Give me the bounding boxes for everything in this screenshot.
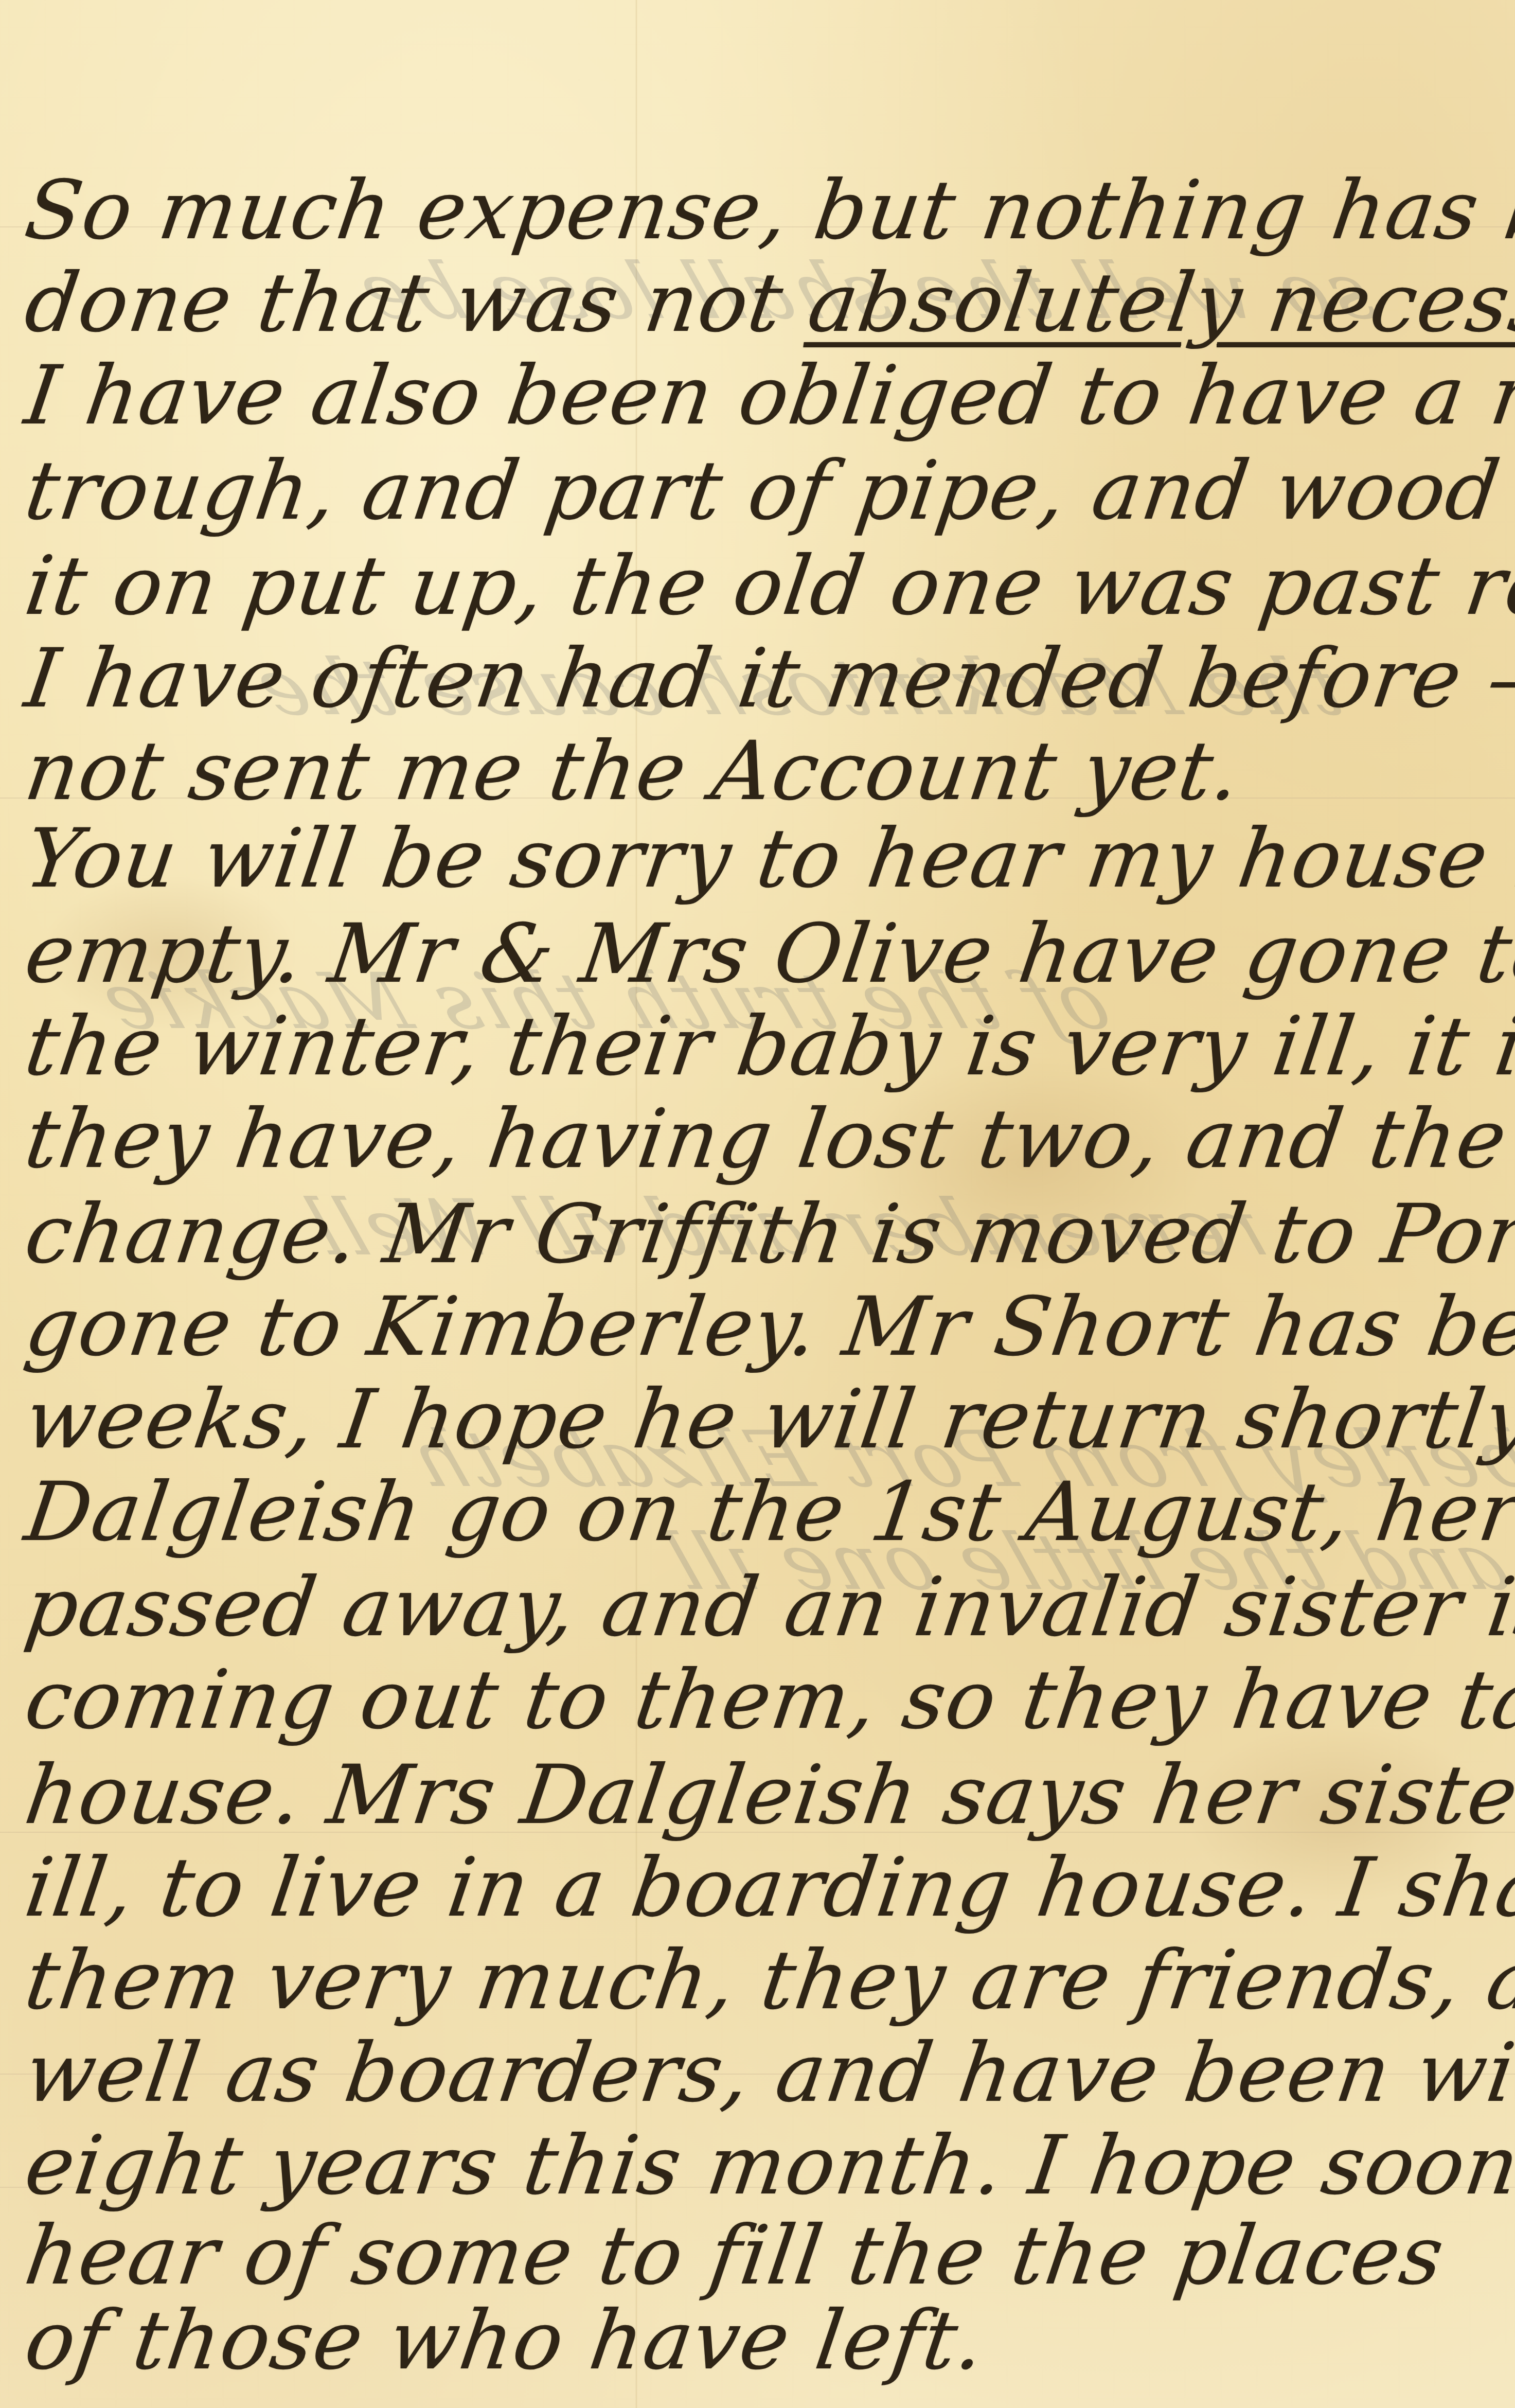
letter-line: them very much, they are friends, as xyxy=(21,1940,1515,2021)
letter-line: coming out to them, so they have taken a xyxy=(21,1659,1515,1741)
letter-line: not sent me the Account yet. xyxy=(21,731,1245,812)
letter-line: empty. Mr & Mrs Olive have gone to Sea P… xyxy=(21,913,1515,995)
letter-line: they have, having lost two, and the Dr a… xyxy=(21,1099,1515,1180)
letter-line: change. Mr Griffith is moved to Port Eli… xyxy=(21,1194,1515,1275)
letter-line: the winter, their baby is very ill, it i… xyxy=(21,1006,1515,1087)
letter-page: so well the shall lose be the Mackintosh… xyxy=(0,0,1515,2408)
letter-line: well as boarders, and have been with me xyxy=(21,2032,1515,2114)
letter-line: ill, to live in a boarding house. I shal… xyxy=(21,1847,1515,1928)
letter-line: gone to Kimberley. Mr Short has been awa… xyxy=(21,1286,1515,1368)
letter-line: I have also been obliged to have a new xyxy=(21,355,1515,436)
letter-line: it on put up, the old one was past repai… xyxy=(21,545,1515,627)
letter-line: eight years this month. I hope soon to xyxy=(21,2125,1515,2206)
letter-line: passed away, and an invalid sister is xyxy=(21,1567,1515,1648)
letter-line: weeks, I hope he will return shortly. Mr… xyxy=(21,1379,1515,1460)
underlined-phrase: absolutely necessary xyxy=(803,256,1515,350)
letter-line-text: done that was not xyxy=(20,256,816,350)
letter-line: hear of some to fill the the places xyxy=(21,2215,1449,2296)
letter-line: I have often had it mended before – Rowe… xyxy=(21,638,1515,719)
letter-line: trough, and part of pipe, and wood to re… xyxy=(21,450,1515,532)
letter-line: Dalgleish go on the 1st August, her Moth… xyxy=(21,1472,1515,1553)
letter-line: You will be sorry to hear my house is ve… xyxy=(21,818,1515,899)
letter-line: done that was not absolutely necessary – xyxy=(21,262,1515,344)
letter-line: house. Mrs Dalgleish says her sister is … xyxy=(21,1755,1515,1836)
letter-line: So much expense, but nothing has been xyxy=(21,170,1515,251)
letter-line: of those who have left. xyxy=(21,2300,990,2381)
